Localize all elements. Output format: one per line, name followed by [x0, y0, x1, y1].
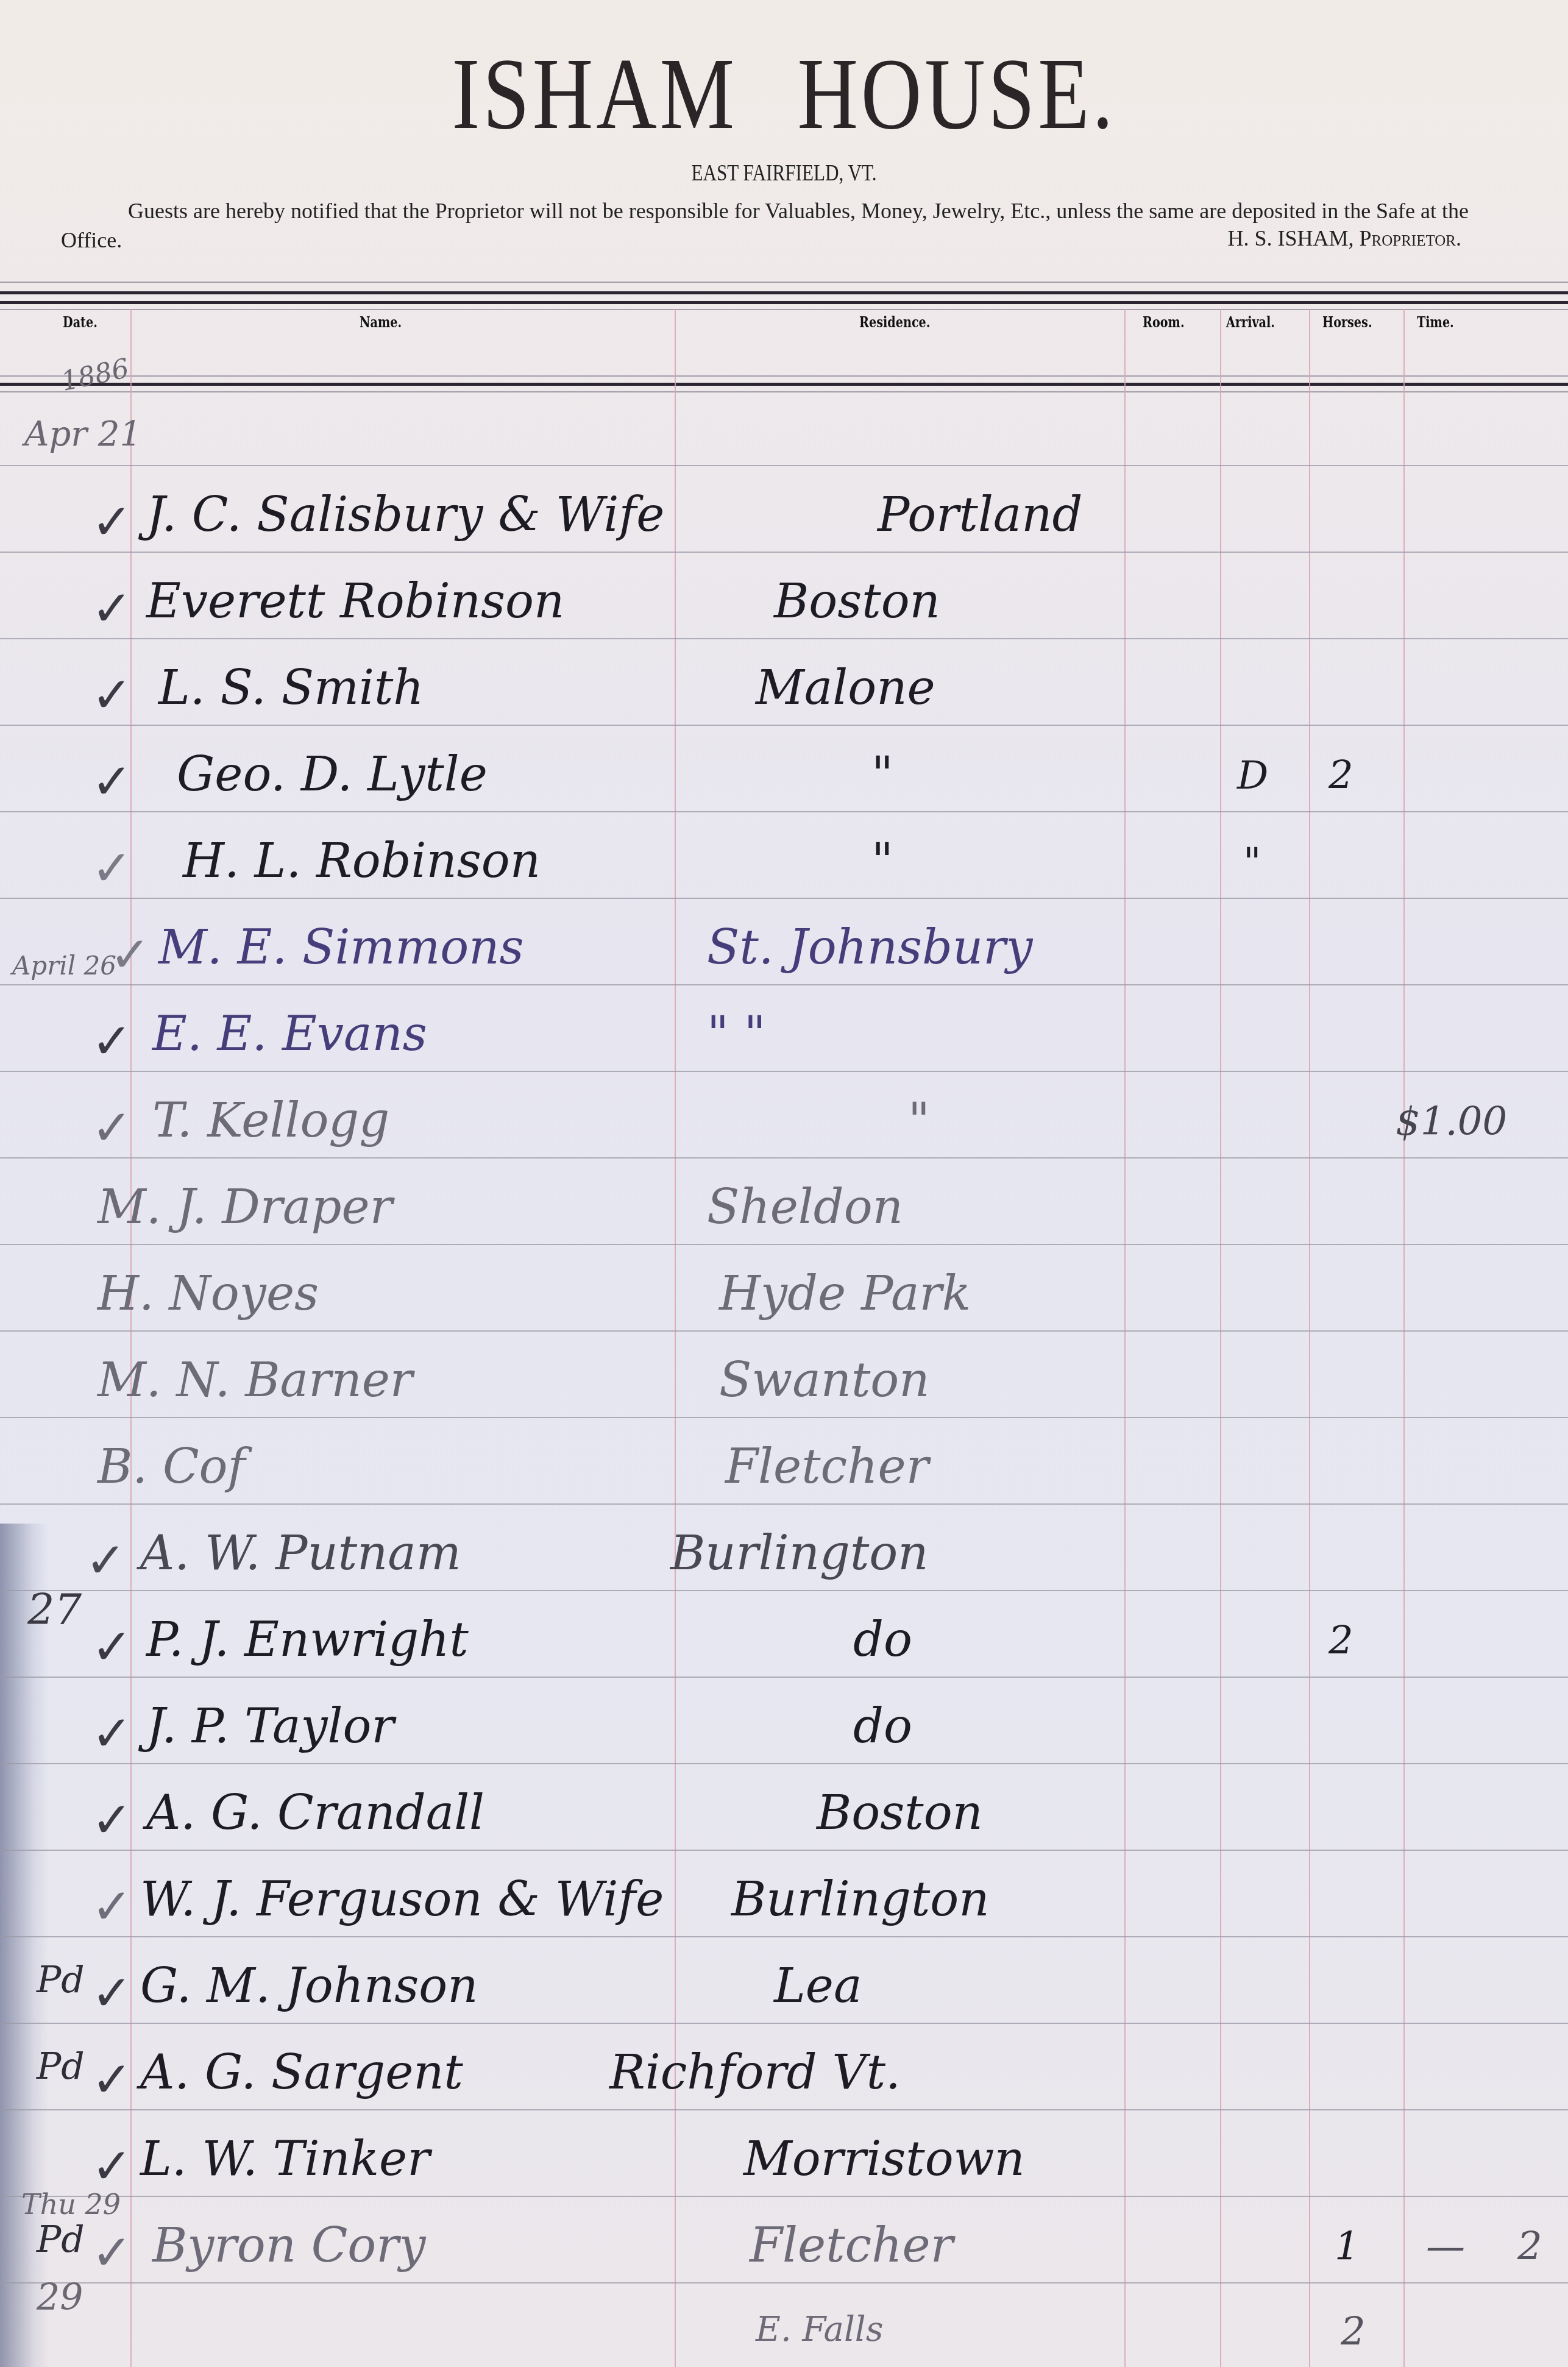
header-rule: [0, 291, 1568, 294]
ruled-line: [0, 1244, 1568, 1245]
guest-residence: Richford Vt.: [609, 2045, 901, 2100]
guest-name: B. Cof: [98, 1439, 245, 1494]
guest-residence: Lea: [774, 1959, 862, 2014]
proprietor-name: H. S. ISHAM,: [1227, 226, 1353, 250]
guest-name: Geo. D. Lytle: [177, 747, 488, 802]
ruled-line: [0, 1071, 1568, 1072]
guest-residence: St. Johnsbury: [707, 920, 1033, 975]
guest-residence: Sheldon: [707, 1180, 903, 1235]
header-rule: [0, 391, 1568, 392]
ruled-line: [0, 725, 1568, 726]
ruled-line: [0, 1936, 1568, 1937]
paid-mark: Pd: [37, 2045, 85, 2088]
paid-mark: Pd: [37, 1959, 85, 2001]
paid-mark: Pd: [37, 2218, 85, 2261]
ruled-line: [0, 2109, 1568, 2110]
column-divider: [1309, 309, 1310, 2367]
guest-residence: Swanton: [719, 1353, 929, 1408]
guest-residence: Boston: [774, 574, 940, 629]
guest-residence: Hyde Park: [719, 1266, 971, 1321]
check-mark-icon: ✓: [91, 2224, 132, 2281]
guest-name: T. Kellogg: [152, 1093, 389, 1148]
guest-residence: ": [871, 747, 893, 802]
guest-residence: ": [908, 1093, 930, 1148]
ruled-line: [0, 2023, 1568, 2024]
check-mark-icon: ✓: [91, 2138, 132, 2195]
title-word-1: ISHAM: [452, 37, 737, 151]
title-word-2: HOUSE.: [797, 37, 1116, 151]
guest-residence: do: [853, 1699, 912, 1754]
arrival-value: 1: [1335, 2224, 1360, 2269]
check-mark-icon: ✓: [91, 1878, 132, 1935]
column-header-time: Time.: [1417, 313, 1454, 331]
guest-name: J. P. Taylor: [146, 1699, 394, 1754]
hotel-location: EAST FAIRFIELD, VT.: [141, 160, 1427, 186]
ruled-line: [0, 984, 1568, 985]
guest-name: P. J. Enwright: [146, 1613, 469, 1667]
guest-name: G. M. Johnson: [140, 1959, 478, 2014]
guest-name: H. L. Robinson: [183, 834, 541, 889]
check-mark-icon: ✓: [91, 1099, 132, 1156]
guest-name: A. G. Sargent: [140, 2045, 463, 2100]
guest-residence: Burlington: [670, 1526, 928, 1581]
ruled-line: [0, 1677, 1568, 1678]
ruled-line: [0, 1330, 1568, 1332]
column-divider: [1220, 309, 1221, 2367]
guest-name: H. Noyes: [98, 1266, 319, 1321]
register-page: ISHAMHOUSE. EAST FAIRFIELD, VT. Guests a…: [0, 0, 1568, 2367]
time-value: 2: [1517, 2224, 1542, 2269]
check-mark-icon: ✓: [85, 1532, 126, 1589]
check-mark-icon: ✓: [110, 926, 151, 983]
horses-value: 2: [1329, 1619, 1353, 1664]
guest-name: W. J. Ferguson & Wife: [140, 1872, 664, 1927]
guest-residence: E. Falls: [756, 2310, 883, 2349]
check-mark-icon: ✓: [91, 2051, 132, 2108]
column-divider: [1124, 309, 1126, 2367]
guest-name: M. E. Simmons: [158, 920, 524, 975]
ruled-line: [0, 811, 1568, 812]
guest-name: A. G. Crandall: [146, 1786, 484, 1840]
horses-value: 2: [1329, 753, 1353, 798]
guest-residence: " ": [707, 1007, 766, 1062]
column-header-arrival: Arrival.: [1226, 313, 1275, 331]
guest-residence: ": [871, 834, 893, 889]
header-rule: [0, 282, 1568, 283]
check-mark-icon: ✓: [91, 1705, 132, 1762]
proprietor-title: Proprietor.: [1360, 226, 1461, 250]
ruled-line: [0, 1417, 1568, 1418]
ruled-line: [0, 638, 1568, 639]
header-rule: [0, 375, 1568, 377]
guest-name: J. C. Salisbury & Wife: [146, 488, 664, 542]
horses-value: —: [1426, 2224, 1465, 2269]
ruled-line: [0, 552, 1568, 553]
header-rule: [0, 309, 1568, 310]
check-mark-icon: ✓: [91, 840, 132, 896]
ruled-line: [0, 1763, 1568, 1764]
ruled-line: [0, 2196, 1568, 2197]
guest-name: Byron Cory: [152, 2218, 426, 2273]
check-mark-icon: ✓: [91, 753, 132, 810]
ruled-line: [0, 2282, 1568, 2284]
date-april-26: April 26: [12, 951, 116, 981]
ruled-line: [0, 1503, 1568, 1505]
guest-residence: Morristown: [743, 2132, 1025, 2187]
column-header-name: Name.: [360, 313, 402, 331]
guest-residence: Fletcher: [725, 1439, 929, 1494]
guest-residence: Fletcher: [750, 2218, 953, 2273]
column-header-date: Date.: [63, 313, 98, 331]
guest-residence: Malone: [756, 661, 935, 715]
ruled-line: [0, 1850, 1568, 1851]
ruled-line: [0, 465, 1568, 466]
guest-residence: Boston: [817, 1786, 983, 1840]
guest-name: A. W. Putnam: [140, 1526, 461, 1581]
date-apr-21: Apr 21: [24, 414, 141, 454]
column-header-room: Room.: [1143, 313, 1185, 331]
check-mark-icon: ✓: [91, 1965, 132, 2021]
guest-residence: Burlington: [731, 1872, 989, 1927]
ruled-line: [0, 898, 1568, 899]
date-27: 27: [27, 1585, 82, 1634]
guest-name: M. N. Barner: [98, 1353, 413, 1408]
check-mark-icon: ✓: [91, 1792, 132, 1848]
check-mark-icon: ✓: [91, 1013, 132, 1070]
date-29: 29: [37, 2276, 83, 2319]
check-mark-icon: ✓: [91, 667, 132, 723]
ruled-line: [0, 1590, 1568, 1591]
header-rule: [0, 301, 1568, 304]
arrival-value: 2: [1341, 2310, 1366, 2355]
ruled-line: [0, 1157, 1568, 1159]
header-rule: [0, 383, 1568, 386]
arrival-value: D: [1237, 753, 1268, 798]
column-header-residence: Residence.: [859, 313, 930, 331]
column-divider: [1403, 309, 1405, 2367]
check-mark-icon: ✓: [91, 494, 132, 550]
proprietor-line: H. S. ISHAM, Proprietor.: [1227, 225, 1461, 251]
arrival-value: ": [1243, 840, 1261, 885]
guest-name: L. W. Tinker: [140, 2132, 430, 2187]
guest-name: Everett Robinson: [146, 574, 564, 629]
hotel-title: ISHAMHOUSE.: [141, 35, 1427, 153]
guest-name: M. J. Draper: [98, 1180, 392, 1235]
guest-residence: Portland: [878, 488, 1083, 542]
check-mark-icon: ✓: [91, 1619, 132, 1675]
column-header-horses: Horses.: [1322, 313, 1372, 331]
guest-residence: do: [853, 1613, 912, 1667]
guest-name: E. E. Evans: [152, 1007, 427, 1062]
check-mark-icon: ✓: [91, 580, 132, 637]
time-value: $1.00: [1396, 1099, 1507, 1144]
guest-name: L. S. Smith: [158, 661, 424, 715]
